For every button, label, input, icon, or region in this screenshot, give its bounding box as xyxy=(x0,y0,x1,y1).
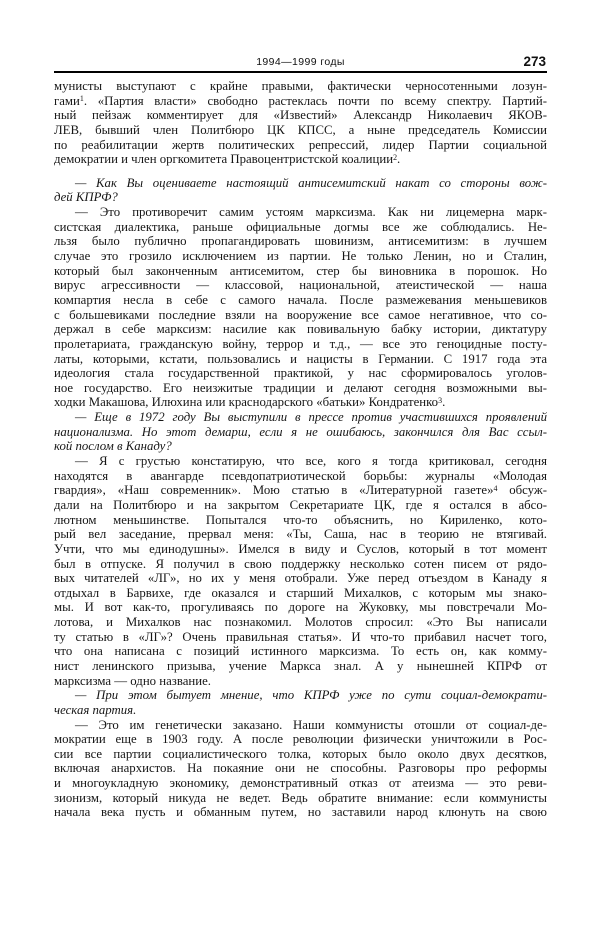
text-line: национализма. Но этот демарш, если я не … xyxy=(54,425,547,440)
running-head-title: 1994—1999 годы xyxy=(54,56,547,68)
text-line: рый вел заседание, прервал меня: «Ты, Са… xyxy=(54,527,547,542)
text-line: пролетариата, гражданскую войну, террор … xyxy=(54,337,547,352)
text-line: — Это противоречит самим устоям марксизм… xyxy=(54,205,547,220)
text-line: — Это им генетически заказано. Наши комм… xyxy=(54,718,547,733)
text-line: включая анархистов. На покаяние они не с… xyxy=(54,761,547,776)
footnote-marker: 2 xyxy=(393,153,397,162)
text-line: ЛЕВ, бывший член Политбюро ЦК КПСС, а ны… xyxy=(54,123,547,138)
text-line: сии все партии социалистического толка, … xyxy=(54,747,547,762)
text-line: ный пейзаж комментирует для «Известий» А… xyxy=(54,108,547,123)
text-line: был в отпуске. Я получил в свою поддержк… xyxy=(54,557,547,572)
text-line: — Как Вы оцениваете настоящий антисемитс… xyxy=(54,176,547,191)
text-line: находятся в авангарде псевдопатриотическ… xyxy=(54,469,547,484)
text-line: — При этом бытует мнение, что КПРФ уже п… xyxy=(54,688,547,703)
text-line: ческая партия. xyxy=(54,703,547,718)
text-line: который был законченным антисемитом, сте… xyxy=(54,264,547,279)
text-line: лотова, и Михалков нас познакомил. Молот… xyxy=(54,615,547,630)
text-line: марксизма — одно название. xyxy=(54,674,547,689)
text-line: с большевиками последние взяли на вооруж… xyxy=(54,308,547,323)
text-line: систская диалектика, раньше официальные … xyxy=(54,220,547,235)
text-line: — Я с грустью констатирую, что все, кого… xyxy=(54,454,547,469)
text-line: дали на Политбюро и на закрытом Секретар… xyxy=(54,498,547,513)
text-line: лютном меньшинстве. Попытался что-то объ… xyxy=(54,513,547,528)
running-head: 1994—1999 годы 273 xyxy=(54,50,547,73)
footnote-marker: 4 xyxy=(493,484,497,493)
text-line: нист ленинского призыва, учение Маркса з… xyxy=(54,659,547,674)
text-line: начала века пусть и обманным путем, но з… xyxy=(54,805,547,820)
text-block: мунисты выступают с крайне правыми, факт… xyxy=(54,79,547,820)
text-line: вых читателей «ЛГ», но их у меня отобрал… xyxy=(54,571,547,586)
text-line: ту статью в «ЛГ»? Очень правильная стать… xyxy=(54,630,547,645)
text-line: компартия несла в себе с самого начала. … xyxy=(54,293,547,308)
book-page: 1994—1999 годы 273 мунисты выступают с к… xyxy=(0,0,600,939)
text-line: гвардия», «Наш современник». Мою статью … xyxy=(54,483,547,498)
text-line: мы. И вот как-то, прогуливаясь по дороге… xyxy=(54,600,547,615)
footnote-marker: 3 xyxy=(438,396,442,405)
text-line: гами1. «Партия власти» свободно растекла… xyxy=(54,94,547,109)
text-line: ходки Макашова, Илюхина или краснодарско… xyxy=(54,395,547,410)
text-line: ное государство. Его неизжитые традиции … xyxy=(54,381,547,396)
text-line: льзя было публично пропагандировать шови… xyxy=(54,234,547,249)
text-line: что она написана с позиций истинного мар… xyxy=(54,644,547,659)
text-line: демократии и член оргкомитета Правоцентр… xyxy=(54,152,547,167)
text-line: и многоукладную экономику, демонстративн… xyxy=(54,776,547,791)
text-line: мократии еще в 1903 году. А после револю… xyxy=(54,732,547,747)
text-line: кой послом в Канаду? xyxy=(54,439,547,454)
text-line: зионизм, который никуда не ведет. Ведь о… xyxy=(54,791,547,806)
footnote-marker: 1 xyxy=(80,94,84,103)
text-line: Учти, что мы единодушны». Имелся в виду … xyxy=(54,542,547,557)
text-line: идеология стала государственной практико… xyxy=(54,366,547,381)
text-line: отдыхал в Барвихе, где оказался и старши… xyxy=(54,586,547,601)
text-line: вирус агрессивности — классовой, национа… xyxy=(54,278,547,293)
text-line: латы, которыми, кстати, пользовались и н… xyxy=(54,352,547,367)
text-line: по реабилитации жертв политических репре… xyxy=(54,138,547,153)
text-line: мунисты выступают с крайне правыми, факт… xyxy=(54,79,547,94)
text-line: дей КПРФ? xyxy=(54,190,547,205)
text-line: — Еще в 1972 году Вы выступили в прессе … xyxy=(54,410,547,425)
text-line: случае это грозило исключением из партии… xyxy=(54,249,547,264)
page-number: 273 xyxy=(523,54,546,69)
text-line: держал в себе марксизм: насилие как пови… xyxy=(54,322,547,337)
